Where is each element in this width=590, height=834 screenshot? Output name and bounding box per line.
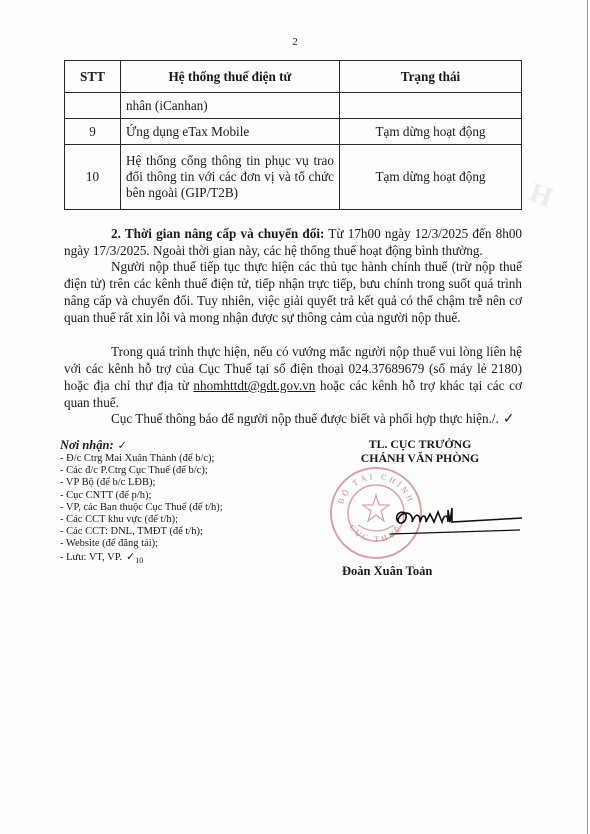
cell-stt	[65, 93, 121, 119]
header-status: Trạng thái	[340, 61, 522, 93]
cell-status	[340, 93, 522, 119]
cell-system: Hệ thống cổng thông tin phục vụ trao đổi…	[121, 145, 340, 210]
handwritten-signature-icon	[390, 500, 525, 540]
recipient-item: - Đ/c Ctrg Mai Xuân Thành (để b/c);	[60, 453, 320, 465]
recipient-item: - VP, các Ban thuộc Cục Thuế (để t/h);	[60, 502, 320, 514]
recipient-item: - Website (để đăng tải);	[60, 538, 320, 550]
signer-role-line2: CHÁNH VĂN PHÒNG	[320, 451, 520, 465]
header-stt: STT	[65, 61, 121, 93]
paragraph-continue: Người nộp thuế tiếp tục thực hiện các th…	[64, 258, 522, 326]
recipient-item: - Cục CNTT (để p/h);	[60, 490, 320, 502]
signature-title-block: TL. CỤC TRƯỞNG CHÁNH VĂN PHÒNG	[320, 437, 520, 465]
watermark: H	[525, 177, 556, 215]
support-email-link[interactable]: nhomhttdt@gdt.gov.vn	[193, 378, 315, 393]
page-number: 2	[0, 36, 590, 48]
cell-stt: 10	[65, 145, 121, 210]
closing-text: Cục Thuế thông báo để người nộp thuế đượ…	[111, 411, 499, 426]
copies-count: 10	[135, 556, 143, 565]
cell-system: Ứng dụng eTax Mobile	[121, 119, 340, 145]
systems-table: STT Hệ thống thuế điện tử Trạng thái nhâ…	[64, 60, 522, 210]
signer-name: Đoàn Xuân Toản	[342, 564, 432, 579]
initial-mark-icon: ✓	[126, 550, 135, 563]
table-row: 10 Hệ thống cổng thông tin phục vụ trao …	[65, 145, 522, 210]
page-edge	[587, 0, 588, 834]
checkmark-icon: ✓	[118, 439, 127, 452]
recipient-item: - Các đ/c P.Ctrg Cục Thuế (để b/c);	[60, 465, 320, 477]
recipient-item: - Các CCT khu vực (để t/h);	[60, 514, 320, 526]
cell-system: nhân (iCanhan)	[121, 93, 340, 119]
paragraph-support: Trong quá trình thực hiện, nếu có vướng …	[64, 343, 522, 411]
signer-role-line1: TL. CỤC TRƯỞNG	[320, 437, 520, 451]
recipient-item: - Lưu: VT, VP.✓10	[60, 551, 320, 567]
cell-stt: 9	[65, 119, 121, 145]
initial-mark-icon: ✓	[503, 411, 515, 427]
cell-status: Tạm dừng hoạt động	[340, 145, 522, 210]
recipients-block: Nơi nhận:✓ - Đ/c Ctrg Mai Xuân Thành (để…	[60, 438, 320, 567]
recipients-title: Nơi nhận:✓	[60, 438, 320, 453]
recipient-item: - Các CCT: DNL, TMĐT (để t/h);	[60, 526, 320, 538]
cell-status: Tạm dừng hoạt động	[340, 119, 522, 145]
table-row: nhân (iCanhan)	[65, 93, 522, 119]
recipient-item: - VP Bộ (để b/c LĐB);	[60, 477, 320, 489]
closing-paragraph: Cục Thuế thông báo để người nộp thuế đượ…	[64, 410, 522, 428]
section-2-paragraph: 2. Thời gian nâng cấp và chuyển đổi: Từ …	[64, 225, 522, 259]
table-row: 9 Ứng dụng eTax Mobile Tạm dừng hoạt độn…	[65, 119, 522, 145]
header-system: Hệ thống thuế điện tử	[121, 61, 340, 93]
table-header-row: STT Hệ thống thuế điện tử Trạng thái	[65, 61, 522, 93]
section-2-heading: 2. Thời gian nâng cấp và chuyển đổi:	[111, 226, 324, 241]
